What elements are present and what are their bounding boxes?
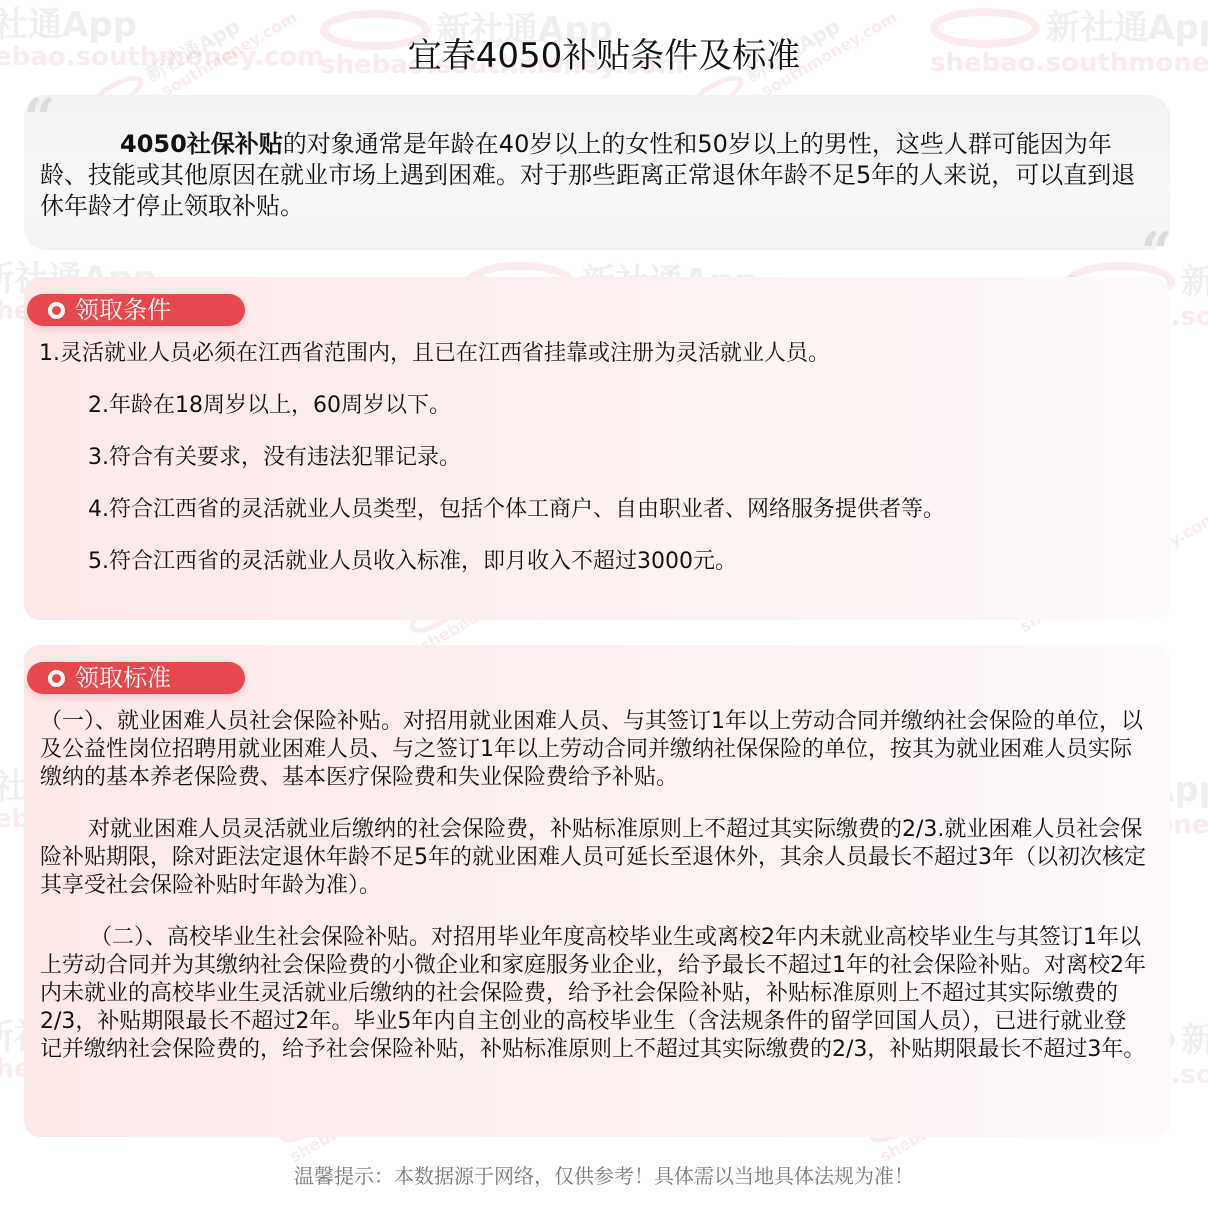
standards-paragraph: （一）、就业困难人员社会保险补贴。对招用就业困难人员、与其签订1年以上劳动合同并…	[40, 708, 1146, 792]
standards-heading-label: 领取标准	[75, 664, 171, 692]
circle-bullet-icon	[48, 302, 65, 319]
conditions-heading: 领取条件	[27, 294, 245, 326]
conditions-heading-label: 领取条件	[75, 296, 171, 324]
condition-item: 4.符合江西省的灵活就业人员类型，包括个体工商户、自由职业者、网络服务提供者等。	[88, 496, 945, 524]
intro-text: 4050社保补贴的对象通常是年龄在40岁以上的女性和50岁以上的男性，这些人群可…	[40, 129, 1144, 222]
condition-item: 1.灵活就业人员必须在江西省范围内，且已在江西省挂靠或注册为灵活就业人员。	[39, 340, 830, 368]
condition-item: 3.符合有关要求，没有违法犯罪记录。	[88, 444, 461, 472]
conditions-section: 领取条件 1.灵活就业人员必须在江西省范围内，且已在江西省挂靠或注册为灵活就业人…	[24, 277, 1170, 620]
circle-bullet-icon	[48, 670, 65, 687]
condition-item: 5.符合江西省的灵活就业人员收入标准，即月收入不超过3000元。	[88, 548, 737, 576]
condition-item: 2.年龄在18周岁以上，60周岁以下。	[88, 392, 451, 420]
standards-paragraph: （二）、高校毕业生社会保险补贴。对招用毕业年度高校毕业生或离校2年内未就业高校毕…	[40, 924, 1146, 1064]
standards-heading: 领取标准	[27, 662, 245, 694]
footer-disclaimer: 温馨提示：本数据源于网络，仅供参考！具体需以当地具体法规为准！	[0, 1160, 1208, 1189]
page: 宜春4050补贴条件及标准 “ 4050社保补贴的对象通常是年龄在40岁以上的女…	[0, 0, 1208, 1222]
standards-section: 领取标准 （一）、就业困难人员社会保险补贴。对招用就业困难人员、与其签订1年以上…	[24, 645, 1170, 1137]
page-title: 宜春4050补贴条件及标准	[0, 28, 1208, 77]
standards-paragraph: 对就业困难人员灵活就业后缴纳的社会保险费，补贴标准原则上不超过其实际缴费的2/3…	[40, 816, 1146, 900]
intro-card: “ 4050社保补贴的对象通常是年龄在40岁以上的女性和50岁以上的男性，这些人…	[24, 95, 1170, 250]
intro-bold-lead: 4050社保补贴	[120, 130, 283, 158]
quote-close-icon: “	[1141, 225, 1172, 279]
